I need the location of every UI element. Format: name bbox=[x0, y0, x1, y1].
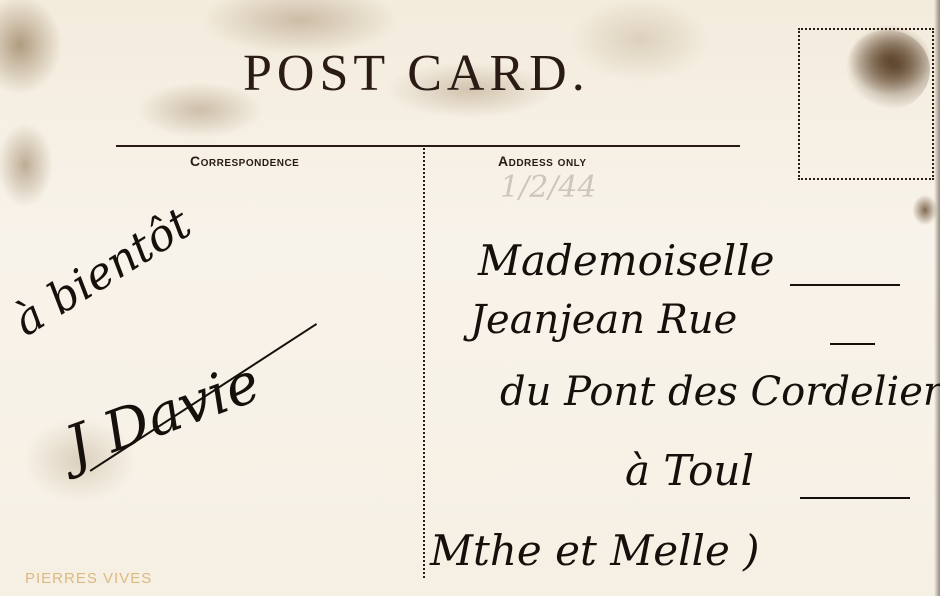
watermark: PIERRES VIVES bbox=[25, 570, 152, 587]
address-line-3: du Pont des Cordeliers bbox=[500, 372, 940, 412]
address-line-1: Mademoiselle bbox=[478, 240, 774, 282]
address-line-1-flourish bbox=[790, 284, 900, 286]
address-only-label: Address only bbox=[498, 153, 587, 169]
handwritten-greeting: à bientôt bbox=[7, 201, 199, 344]
column-divider bbox=[423, 148, 425, 578]
stain-mark bbox=[845, 30, 930, 110]
header-rule bbox=[116, 145, 740, 147]
postcard-back: POST CARD. Correspondence Address only 1… bbox=[0, 0, 940, 596]
card-edge-shadow bbox=[934, 0, 940, 596]
address-line-2: Jeanjean Rue bbox=[470, 300, 737, 340]
address-line-4-flourish bbox=[800, 497, 910, 499]
address-line-4: à Toul bbox=[625, 450, 754, 492]
address-line-2-flourish bbox=[830, 343, 875, 345]
faint-pencil-note: 1/2/44 bbox=[500, 170, 597, 205]
handwritten-signature: J Davie bbox=[59, 355, 267, 476]
address-line-5: Mthe et Melle ) bbox=[430, 530, 760, 572]
correspondence-label: Correspondence bbox=[190, 153, 299, 169]
postcard-title: POST CARD. bbox=[243, 48, 590, 100]
